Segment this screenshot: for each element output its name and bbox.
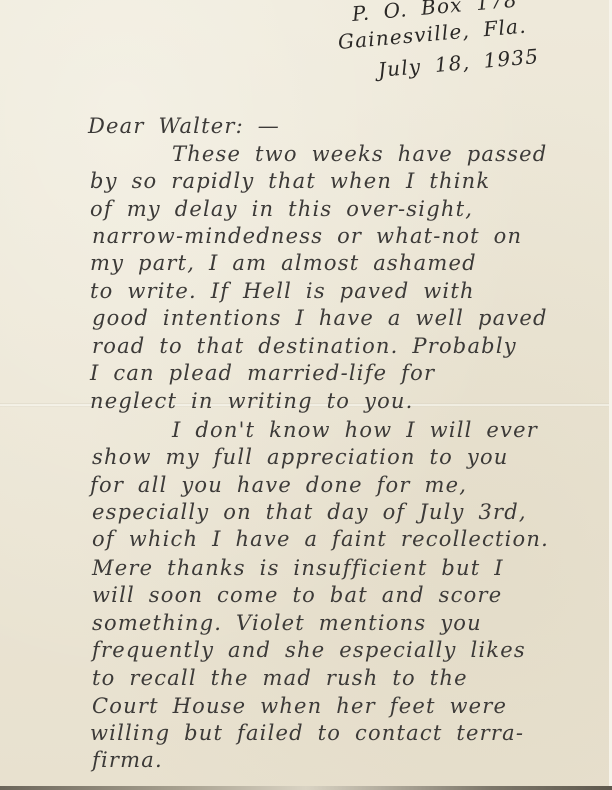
salutation: Dear Walter: — [88, 114, 280, 138]
letter-page: P. O. Box 178 Gainesville, Fla. July 18,… [0, 0, 612, 790]
body-line: frequently and she especially likes [92, 638, 526, 662]
body-line: will soon come to bat and score [92, 583, 502, 607]
body-line: neglect in writing to you. [90, 389, 414, 413]
body-line: narrow-mindedness or what-not on [92, 224, 522, 248]
body-line: road to that destination. Probably [92, 334, 517, 358]
body-line: willing but failed to contact terra- [90, 721, 524, 745]
body-line: my part, I am almost ashamed [90, 251, 477, 275]
body-line: good intentions I have a well paved [92, 306, 548, 330]
body-line: Mere thanks is insufficient but I [92, 556, 504, 580]
body-line: of which I have a faint recollection. [92, 527, 549, 551]
body-line: I can plead married-life for [90, 361, 435, 385]
paper-bottom-edge [0, 786, 612, 790]
body-line: by so rapidly that when I think [90, 169, 490, 193]
body-line: to write. If Hell is paved with [90, 279, 475, 303]
body-line: I don't know how I will ever [172, 418, 538, 442]
body-line: especially on that day of July 3rd, [92, 500, 527, 524]
body-line: firma. [92, 748, 163, 772]
letter-date: July 18, 1935 [377, 44, 540, 82]
body-line: Court House when her feet were [92, 694, 507, 718]
body-line: of my delay in this over-sight, [90, 197, 473, 221]
body-line: show my full appreciation to you [92, 445, 509, 469]
body-line: to recall the mad rush to the [92, 666, 468, 690]
body-line: something. Violet mentions you [92, 611, 482, 635]
body-line: for all you have done for me, [90, 473, 467, 497]
body-line: These two weeks have passed [172, 142, 547, 166]
